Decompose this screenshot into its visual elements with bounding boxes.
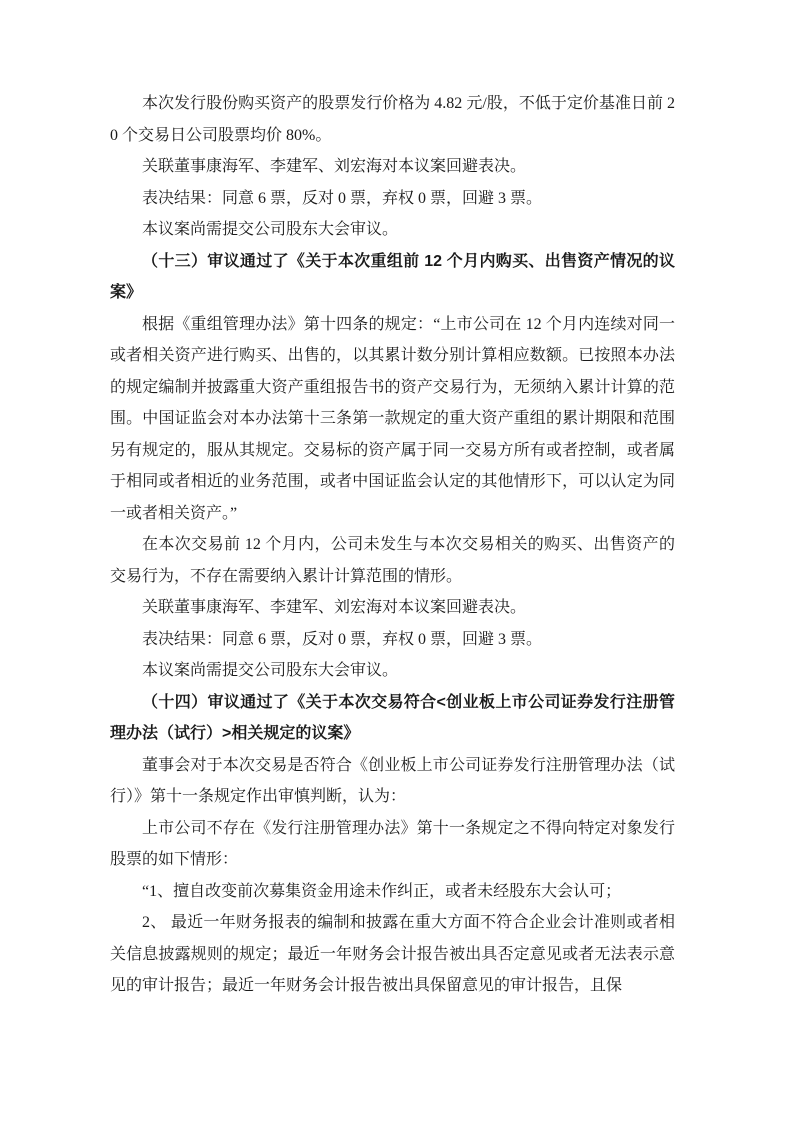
paragraph-vote-result-1: 表决结果：同意 6 票，反对 0 票，弃权 0 票，回避 3 票。 xyxy=(110,183,675,215)
section-heading-14: （十四）审议通过了《关于本次交易符合<创业板上市公司证券发行注册管理办法（试行）… xyxy=(110,687,675,750)
document-body: 本次发行股份购买资产的股票发行价格为 4.82 元/股，不低于定价基准日前 20… xyxy=(110,88,675,1002)
section-heading-13: （十三）审议通过了《关于本次重组前 12 个月内购买、出售资产情况的议案》 xyxy=(110,246,675,309)
paragraph-circumstance-item-2: 2、 最近一年财务报表的编制和披露在重大方面不符合企业会计准则或者相关信息披露规… xyxy=(110,907,675,1002)
paragraph-related-directors-abstain-2: 关联董事康海军、李建军、刘宏海对本议案回避表决。 xyxy=(110,592,675,624)
paragraph-no-related-asset-deals: 在本次交易前 12 个月内，公司未发生与本次交易相关的购买、出售资产的交易行为，… xyxy=(110,529,675,592)
paragraph-submit-to-shareholders-1: 本议案尚需提交公司股东大会审议。 xyxy=(110,214,675,246)
paragraph-reorg-measures-article-14: 根据《重组管理办法》第十四条的规定：“上市公司在 12 个月内连续对同一或者相关… xyxy=(110,309,675,530)
paragraph-circumstance-item-1: “1、擅自改变前次募集资金用途未作纠正，或者未经股东大会认可； xyxy=(110,876,675,908)
paragraph-vote-result-2: 表决结果：同意 6 票，反对 0 票，弃权 0 票，回避 3 票。 xyxy=(110,624,675,656)
paragraph-no-prohibited-circumstances: 上市公司不存在《发行注册管理办法》第十一条规定之不得向特定对象发行股票的如下情形… xyxy=(110,813,675,876)
document-page: 本次发行股份购买资产的股票发行价格为 4.82 元/股，不低于定价基准日前 20… xyxy=(0,0,793,1122)
paragraph-board-prudent-judgment: 董事会对于本次交易是否符合《创业板上市公司证券发行注册管理办法（试行）》第十一条… xyxy=(110,750,675,813)
paragraph-share-issue-price: 本次发行股份购买资产的股票发行价格为 4.82 元/股，不低于定价基准日前 20… xyxy=(110,88,675,151)
paragraph-related-directors-abstain-1: 关联董事康海军、李建军、刘宏海对本议案回避表决。 xyxy=(110,151,675,183)
paragraph-submit-to-shareholders-2: 本议案尚需提交公司股东大会审议。 xyxy=(110,655,675,687)
